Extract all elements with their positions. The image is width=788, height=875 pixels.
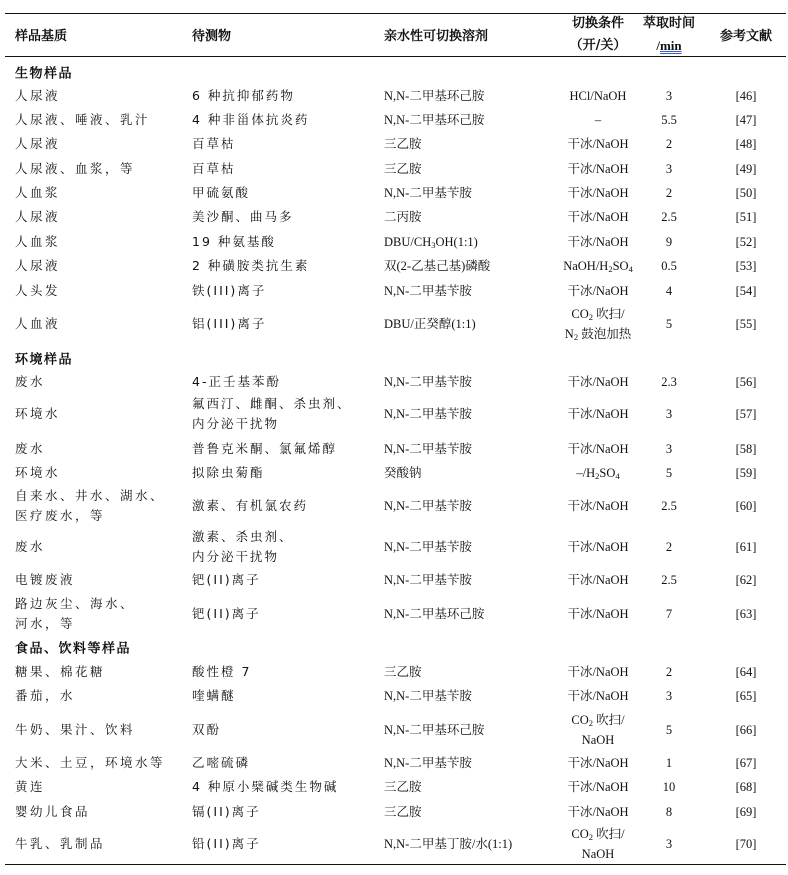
cell-solvent: N,N-二甲基苄胺 [384, 439, 472, 459]
cell-analyte: 百草枯 [192, 159, 236, 179]
cell-matrix: 人血液 [15, 314, 60, 334]
cell-solvent: N,N-二甲基苄胺 [384, 496, 472, 516]
matrix-line2: 河水，等 [15, 614, 135, 634]
cell-analyte: 铅(II)离子 [192, 834, 261, 854]
condition-line2: N2 鼓泡加热 [540, 324, 656, 344]
cell-analyte: 铝(III)离子 [192, 314, 266, 334]
cell-solvent: N,N-二甲基苄胺 [384, 183, 472, 203]
text: OH(1:1) [435, 235, 477, 249]
cell-condition: 干冰/NaOH [540, 134, 656, 154]
text: 鼓泡加热 [578, 327, 631, 341]
cell-ref: [65] [718, 686, 774, 706]
cell-matrix: 番茄，水 [15, 686, 75, 706]
header-time: 萃取时间 /min [634, 13, 704, 57]
cell-time: 10 [640, 777, 698, 797]
cell-analyte: 2 种磺胺类抗生素 [192, 256, 309, 276]
unit-min: min [660, 38, 682, 53]
text: CO [571, 827, 588, 841]
cell-ref: [56] [718, 372, 774, 392]
cell-condition: 干冰/NaOH [540, 802, 656, 822]
cell-condition: 干冰/NaOH [540, 372, 656, 392]
cell-ref: [59] [718, 463, 774, 483]
cell-time: 0.5 [640, 256, 698, 276]
cell-solvent: 三乙胺 [384, 662, 422, 682]
cell-matrix: 人尿液 [15, 134, 60, 154]
cell-time: 2.5 [640, 496, 698, 516]
cell-time: 3 [640, 834, 698, 854]
header-matrix: 样品基质 [15, 26, 67, 48]
cell-analyte: 拟除虫菊酯 [192, 463, 265, 483]
condition-line2: NaOH [540, 730, 656, 750]
cell-solvent: N,N-二甲基环己胺 [384, 604, 484, 624]
text: NaOH/H [563, 259, 608, 273]
cell-time: 2 [640, 134, 698, 154]
cell-analyte: 6 种抗抑郁药物 [192, 86, 295, 106]
cell-analyte: 酸性橙 7 [192, 662, 251, 682]
cell-ref: [52] [718, 232, 774, 252]
cell-condition: 干冰/NaOH [540, 439, 656, 459]
cell-matrix: 人血浆 [15, 232, 60, 252]
cell-solvent: 二丙胺 [384, 207, 422, 227]
cell-ref: [54] [718, 281, 774, 301]
cell-matrix: 人尿液 [15, 207, 60, 227]
cell-condition: 干冰/NaOH [540, 404, 656, 424]
cell-ref: [68] [718, 777, 774, 797]
cell-ref: [63] [718, 604, 774, 624]
cell-analyte: 铁(III)离子 [192, 281, 266, 301]
cell-condition: 干冰/NaOH [540, 604, 656, 624]
matrix-line1: 自来水、井水、湖水、 [15, 486, 165, 506]
cell-condition: 干冰/NaOH [540, 183, 656, 203]
cell-solvent: N,N-二甲基苄胺 [384, 753, 472, 773]
cell-analyte: 百草枯 [192, 134, 236, 154]
condition-line2: NaOH [540, 844, 656, 864]
cell-condition: CO2 吹扫/ N2 鼓泡加热 [540, 304, 656, 344]
cell-condition: 干冰/NaOH [540, 496, 656, 516]
cell-condition: 干冰/NaOH [540, 777, 656, 797]
text: –/H [576, 466, 595, 480]
header-solvent: 亲水性可切换溶剂 [384, 26, 488, 48]
header-time-unit: /min [634, 35, 704, 57]
cell-ref: [48] [718, 134, 774, 154]
cell-condition: 干冰/NaOH [540, 570, 656, 590]
cell-time: 2.5 [640, 207, 698, 227]
cell-time: 3 [640, 686, 698, 706]
section-title-food: 食品、饮料等样品 [15, 638, 131, 657]
cell-matrix: 电镀废液 [15, 570, 75, 590]
cell-time: 7 [640, 604, 698, 624]
cell-solvent: N,N-二甲基苄胺 [384, 281, 472, 301]
cell-solvent: N,N-二甲基苄胺 [384, 372, 472, 392]
matrix-line2: 医疗废水，等 [15, 506, 165, 526]
cell-matrix: 环境水 [15, 404, 60, 424]
cell-ref: [64] [718, 662, 774, 682]
cell-ref: [66] [718, 720, 774, 740]
cell-ref: [70] [718, 834, 774, 854]
cell-solvent: N,N-二甲基苄胺 [384, 570, 472, 590]
cell-analyte: 钯(II)离子 [192, 604, 261, 624]
cell-condition: 干冰/NaOH [540, 686, 656, 706]
cell-time: 5 [640, 720, 698, 740]
cell-matrix: 人尿液、唾液、乳汁 [15, 110, 150, 130]
cell-matrix: 糖果、棉花糖 [15, 662, 105, 682]
cell-matrix: 牛乳、乳制品 [15, 834, 105, 854]
cell-time: 9 [640, 232, 698, 252]
text: 吹扫/ [593, 827, 625, 841]
cell-analyte: 氟西汀、雌酮、杀虫剂、 内分泌干扰物 [192, 394, 352, 434]
cell-ref: [47] [718, 110, 774, 130]
cell-solvent: 三乙胺 [384, 134, 422, 154]
cell-solvent: N,N-二甲基丁胺/水(1:1) [384, 834, 512, 854]
text: 吹扫/ [593, 713, 625, 727]
cell-analyte: 4 种非甾体抗炎药 [192, 110, 309, 130]
section-title-biological: 生物样品 [15, 63, 73, 82]
cell-ref: [55] [718, 314, 774, 334]
text: DBU/CH [384, 235, 431, 249]
cell-analyte: 喹螨醚 [192, 686, 236, 706]
cell-time: 1 [640, 753, 698, 773]
cell-condition: CO2 吹扫/ NaOH [540, 710, 656, 750]
text: SO [599, 466, 615, 480]
cell-time: 5 [640, 314, 698, 334]
text: N [565, 327, 574, 341]
cell-solvent: DBU/正癸醇(1:1) [384, 314, 476, 334]
cell-time: 2.3 [640, 372, 698, 392]
cell-time: 2 [640, 537, 698, 557]
cell-solvent: 三乙胺 [384, 159, 422, 179]
cell-time: 4 [640, 281, 698, 301]
cell-analyte: 4 种原小檗碱类生物碱 [192, 777, 338, 797]
cell-condition: HCl/NaOH [540, 86, 656, 106]
analyte-line2: 内分泌干扰物 [192, 414, 352, 434]
condition-line1: CO2 吹扫/ [540, 710, 656, 730]
cell-ref: [51] [718, 207, 774, 227]
cell-ref: [67] [718, 753, 774, 773]
cell-condition: 干冰/NaOH [540, 281, 656, 301]
cell-solvent: N,N-二甲基苄胺 [384, 686, 472, 706]
cell-analyte: 镉(II)离子 [192, 802, 261, 822]
cell-ref: [57] [718, 404, 774, 424]
cell-solvent: N,N-二甲基环己胺 [384, 720, 484, 740]
header-analyte: 待测物 [192, 26, 231, 48]
cell-condition: 干冰/NaOH [540, 537, 656, 557]
cell-time: 3 [640, 86, 698, 106]
cell-analyte: 普鲁克米酮、氯氟烯醇 [192, 439, 337, 459]
cell-condition: 干冰/NaOH [540, 159, 656, 179]
cell-time: 5 [640, 463, 698, 483]
cell-matrix: 自来水、井水、湖水、 医疗废水，等 [15, 486, 165, 526]
analyte-line1: 激素、杀虫剂、 [192, 527, 294, 547]
analyte-line2: 内分泌干扰物 [192, 547, 294, 567]
cell-ref: [58] [718, 439, 774, 459]
cell-solvent: N,N-二甲基苄胺 [384, 537, 472, 557]
cell-solvent: N,N-二甲基苄胺 [384, 404, 472, 424]
cell-analyte: 乙嘧硫磷 [192, 753, 250, 773]
cell-matrix: 人尿液 [15, 256, 60, 276]
cell-matrix: 大米、土豆，环境水等 [15, 753, 165, 773]
cell-analyte: 激素、杀虫剂、 内分泌干扰物 [192, 527, 294, 567]
section-title-environmental: 环境样品 [15, 349, 73, 368]
cell-condition: CO2 吹扫/ NaOH [540, 824, 656, 864]
cell-analyte: 4-正壬基苯酚 [192, 372, 281, 392]
cell-matrix: 婴幼儿食品 [15, 802, 90, 822]
cell-matrix: 废水 [15, 537, 45, 557]
cell-analyte: 激素、有机氯农药 [192, 496, 308, 516]
cell-time: 5.5 [640, 110, 698, 130]
cell-matrix: 牛奶、果汁、饮料 [15, 720, 135, 740]
cell-solvent: 三乙胺 [384, 802, 422, 822]
header-time-line1: 萃取时间 [634, 13, 704, 35]
text: CO [571, 713, 588, 727]
text: 吹扫/ [593, 307, 625, 321]
matrix-line1: 路边灰尘、海水、 [15, 594, 135, 614]
cell-ref: [53] [718, 256, 774, 276]
cell-ref: [46] [718, 86, 774, 106]
header-reference: 参考文献 [712, 26, 780, 48]
cell-solvent: N,N-二甲基环己胺 [384, 110, 484, 130]
cell-matrix: 环境水 [15, 463, 60, 483]
cell-matrix: 路边灰尘、海水、 河水，等 [15, 594, 135, 634]
cell-ref: [60] [718, 496, 774, 516]
cell-time: 2 [640, 662, 698, 682]
cell-matrix: 废水 [15, 372, 45, 392]
cell-time: 3 [640, 404, 698, 424]
cell-ref: [61] [718, 537, 774, 557]
cell-ref: [62] [718, 570, 774, 590]
cell-ref: [49] [718, 159, 774, 179]
table-bottom-rule [5, 864, 786, 865]
cell-solvent: DBU/CH3OH(1:1) [384, 232, 478, 252]
cell-analyte: 甲硫氨酸 [192, 183, 250, 203]
cell-solvent: 三乙胺 [384, 777, 422, 797]
cell-condition: 干冰/NaOH [540, 753, 656, 773]
cell-matrix: 人尿液、血浆，等 [15, 159, 135, 179]
cell-time: 2 [640, 183, 698, 203]
condition-line1: CO2 吹扫/ [540, 824, 656, 844]
cell-matrix: 人尿液 [15, 86, 60, 106]
cell-solvent: N,N-二甲基环己胺 [384, 86, 484, 106]
cell-ref: [69] [718, 802, 774, 822]
cell-condition: –/H2SO4 [540, 463, 656, 483]
cell-solvent: 双(2-乙基己基)磷酸 [384, 256, 490, 276]
cell-matrix: 废水 [15, 439, 45, 459]
cell-condition: 干冰/NaOH [540, 232, 656, 252]
cell-time: 3 [640, 439, 698, 459]
text: SO [613, 259, 629, 273]
cell-analyte: 钯(II)离子 [192, 570, 261, 590]
cell-solvent: 癸酸钠 [384, 463, 422, 483]
condition-line1: CO2 吹扫/ [540, 304, 656, 324]
cell-time: 8 [640, 802, 698, 822]
subscript: 4 [629, 264, 633, 274]
cell-condition: NaOH/H2SO4 [540, 256, 656, 276]
cell-analyte: 双酚 [192, 720, 221, 740]
text: CO [571, 307, 588, 321]
cell-condition: 干冰/NaOH [540, 662, 656, 682]
cell-analyte: 美沙酮、曲马多 [192, 207, 294, 227]
cell-ref: [50] [718, 183, 774, 203]
cell-condition: – [540, 110, 656, 130]
cell-matrix: 人血浆 [15, 183, 60, 203]
cell-condition: 干冰/NaOH [540, 207, 656, 227]
analyte-line1: 氟西汀、雌酮、杀虫剂、 [192, 394, 352, 414]
cell-matrix: 黄连 [15, 777, 45, 797]
subscript: 4 [615, 471, 619, 481]
cell-matrix: 人头发 [15, 281, 60, 301]
cell-time: 2.5 [640, 570, 698, 590]
cell-analyte: 19 种氨基酸 [192, 232, 276, 252]
cell-time: 3 [640, 159, 698, 179]
